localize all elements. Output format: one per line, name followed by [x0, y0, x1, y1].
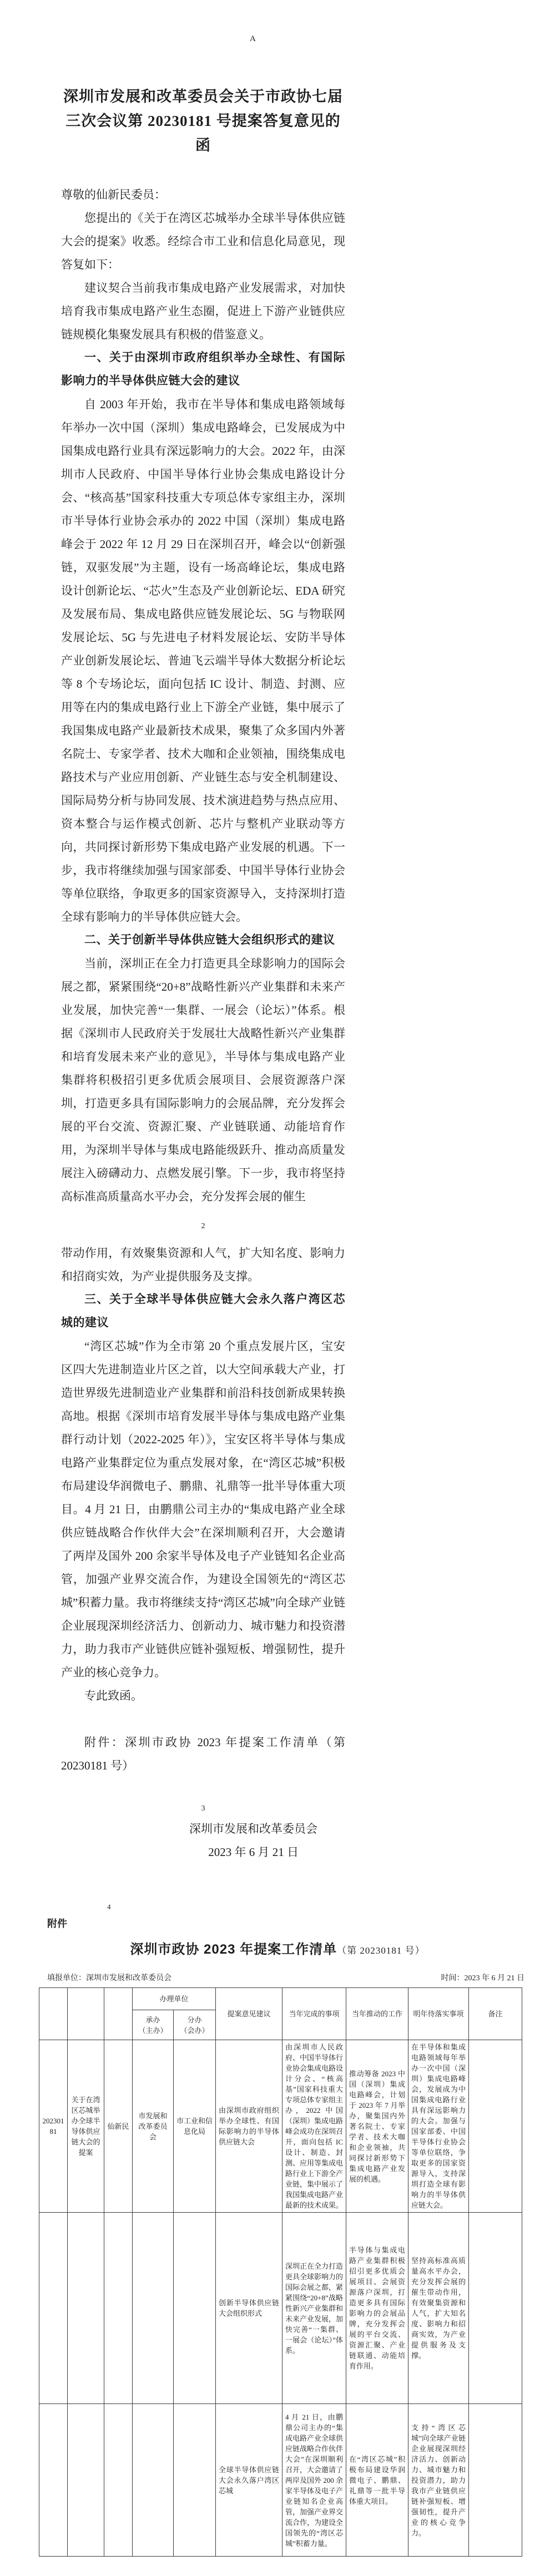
cell-co-handle: [174, 2404, 216, 2557]
cell-next-year: 在半导体和集成电路领域每年举办一次中国（深圳）集成电路峰会，发展成为中国集成电路…: [408, 2040, 469, 2213]
letter-paragraph-4: 自 2003 年开始，我市在半导体和集成电路领域每年举办一次中国（深圳）集成电路…: [61, 393, 345, 929]
attachment-title: 深圳市政协 2023 年提案工作清单（第 20230181 号）: [0, 1938, 555, 1958]
cell-remarks: [469, 2040, 522, 2213]
cell-suggestion: 由深圳市政府组织举办全球性、有国际影响力的半导体供应链大会: [216, 2040, 282, 2213]
letter-paragraph-12: 附件：深圳市政协 2023 年提案工作清单（第 20230181 号）: [61, 1731, 345, 1777]
th-promoted: 当年推动的工作: [346, 1988, 408, 2040]
th-proposal-id: [39, 1988, 68, 2040]
attachment-title-text: 深圳市政协 2023 年提案工作清单: [130, 1942, 337, 1957]
cell-id: [39, 2213, 68, 2404]
cell-undertake: [133, 2404, 174, 2557]
filer-value: 深圳市发展和改革委员会: [86, 1974, 171, 1982]
cell-undertake: 市发展和改革委员会: [133, 2040, 174, 2213]
cell-remarks: [469, 2213, 522, 2404]
attachment-label: 附件: [47, 1916, 555, 1930]
th-next-year: 明年待落实事项: [408, 1988, 469, 2040]
letter-paragraph-10: “湾区芯城”作为全市第 20 个重点发展片区，宝安区四大先进制造业片区之首，以大…: [61, 1335, 345, 1684]
letter-paragraph-2: 建议契合当前我市集成电路产业发展需求，对加快培育我市集成电路产业生态圈，促进上下…: [61, 276, 345, 346]
letter-paragraph-14: 深圳市发展和改革委员会: [61, 1817, 345, 1840]
letter-paragraph-9: 三、关于全球半导体供应链大会永久落户湾区芯城的建议: [61, 1288, 345, 1335]
cell-title: [68, 2404, 104, 2557]
th-proposer: [104, 1988, 133, 2040]
th-suggestion: 提案意见建议: [216, 1988, 282, 2040]
th-proposal-title: [68, 1988, 104, 2040]
cell-proposer: [104, 2213, 133, 2404]
th-co-handle: 分办 （会办）: [174, 2010, 216, 2040]
scanned-document: { "page": { "corner_mark": "A" }, "lette…: [0, 0, 555, 2576]
cell-proposer: [104, 2404, 133, 2557]
proposal-work-list-table: 办理单位 提案意见建议 当年完成的事项 当年推动的工作 明年待落实事项 备注 承…: [39, 1987, 522, 2557]
attachment-section: 4 附件 深圳市政协 2023 年提案工作清单（第 20230181 号） 填报…: [0, 1890, 555, 2557]
letter-paragraph-3: 一、关于由深圳市政府组织举办全球性、有国际影响力的半导体供应链大会的建议: [61, 346, 345, 393]
cell-next-year: 坚持高标准高质量高水平办会，充分发挥会展的催生带动作用，有效聚集资源和人气，扩大…: [408, 2213, 469, 2404]
cell-next-year: 支持“湾区芯城”向全球产业链企业展现深圳经济活力、创新动力、城市魅力和投资潜力，…: [408, 2404, 469, 2557]
cell-co-handle: 市工业和信息化局: [174, 2040, 216, 2213]
cell-title: [68, 2213, 104, 2404]
time-label: 时间：: [441, 1974, 465, 1982]
cell-promoted: 在“湾区芯城”积极布局建设华润微电子、鹏鼎、礼鼎等一批半导体重大项目。: [346, 2404, 408, 2557]
filer-unit: 填报单位：深圳市发展和改革委员会: [47, 1972, 171, 1983]
cell-completed: 由深圳市人民政府、中国半导体行业协会集成电路设计分会、“核高基”国家科技重大专项…: [282, 2040, 346, 2213]
attachment-title-suffix: （第 20230181 号）: [337, 1945, 425, 1956]
cell-id: 20230181: [39, 2040, 68, 2213]
table-row: 创新半导体供应链大会组织形式深圳正在全力打造更具全球影响力的国际会展之都，紧紧围…: [39, 2213, 522, 2404]
letter-paragraph-8: 带动作用，有效聚集资源和人气，扩大知名度、影响力和招商实效，为产业提供服务及支撑…: [61, 1241, 345, 1288]
scan-corner-mark: A: [250, 34, 256, 44]
letter-paragraph-1: 您提出的《关于在湾区芯城举办全球半导体供应链大会的提案》收悉。经综合市工业和信息…: [61, 206, 345, 276]
cell-suggestion: 创新半导体供应链大会组织形式: [216, 2213, 282, 2404]
cell-id: [39, 2404, 68, 2557]
th-handling-unit: 办理单位: [133, 1988, 216, 2010]
table-body: 20230181关于在湾区芯城举办全球半导体供应链大会的提案仙新民市发展和改革委…: [39, 2040, 522, 2557]
letter-paragraph-5: 二、关于创新半导体供应链大会组织形式的建议: [61, 929, 345, 952]
cell-co-handle: [174, 2213, 216, 2404]
letter-paragraph-13: 3: [61, 1804, 345, 1814]
letter-paragraph-15: 2023 年 6 月 21 日: [61, 1840, 345, 1864]
letter-paragraph-0: 尊敬的仙新民委员：: [61, 183, 345, 206]
th-remarks: 备注: [469, 1988, 522, 2040]
cell-title: 关于在湾区芯城举办全球半导体供应链大会的提案: [68, 2040, 104, 2213]
th-undertake: 承办 （主办）: [133, 2010, 174, 2040]
cell-completed: 4 月 21 日，由鹏鼎公司主办的“集成电路产业全球供应链战略合作伙伴大会”在深…: [282, 2404, 346, 2557]
letter-title-line2: 三次会议第 20230181 号提案答复意见的函: [61, 109, 345, 158]
letter-paragraph-6: 当前，深圳正在全力打造更具全球影响力的国际会展之都，紧紧围绕“20+8”战略性新…: [61, 952, 345, 1208]
letter-paragraph-7: 2: [61, 1221, 345, 1231]
attachment-meta: 填报单位：深圳市发展和改革委员会 时间：2023 年 6 月 21 日: [47, 1972, 524, 1983]
reply-letter: 深圳市发展和改革委员会关于市政协七届 三次会议第 20230181 号提案答复意…: [61, 84, 345, 1864]
cell-remarks: [469, 2404, 522, 2557]
letter-paragraph-11: 专此致函。: [61, 1684, 345, 1707]
letter-title: 深圳市发展和改革委员会关于市政协七届 三次会议第 20230181 号提案答复意…: [61, 84, 345, 158]
table-row: 20230181关于在湾区芯城举办全球半导体供应链大会的提案仙新民市发展和改革委…: [39, 2040, 522, 2213]
time-value: 2023 年 6 月 21 日: [465, 1974, 525, 1982]
th-completed: 当年完成的事项: [282, 1988, 346, 2040]
cell-promoted: 推动筹备 2023 中国（深圳）集成电路峰会，计划于 2023 年 7 月举办，…: [346, 2040, 408, 2213]
cell-suggestion: 全球半导体供应链大会永久落户湾区芯城: [216, 2404, 282, 2557]
cell-undertake: [133, 2213, 174, 2404]
table-header: 办理单位 提案意见建议 当年完成的事项 当年推动的工作 明年待落实事项 备注 承…: [39, 1988, 522, 2040]
letter-body: 尊敬的仙新民委员：您提出的《关于在湾区芯城举办全球半导体供应链大会的提案》收悉。…: [61, 183, 345, 1864]
cell-completed: 深圳正在全力打造更具全球影响力的国际会展之都，紧紧围绕“20+8”战略性新兴产业…: [282, 2213, 346, 2404]
filer-label: 填报单位：: [47, 1974, 86, 1982]
letter-title-line1: 深圳市发展和改革委员会关于市政协七届: [61, 84, 345, 109]
page-number-mark: 4: [107, 1903, 111, 1911]
report-time: 时间：2023 年 6 月 21 日: [441, 1972, 525, 1983]
table-row: 全球半导体供应链大会永久落户湾区芯城4 月 21 日，由鹏鼎公司主办的“集成电路…: [39, 2404, 522, 2557]
cell-promoted: 半导体与集成电路产业集群积极招引更多优质会展项目、会展资源落户深圳，打造更多具有…: [346, 2213, 408, 2404]
cell-proposer: 仙新民: [104, 2040, 133, 2213]
